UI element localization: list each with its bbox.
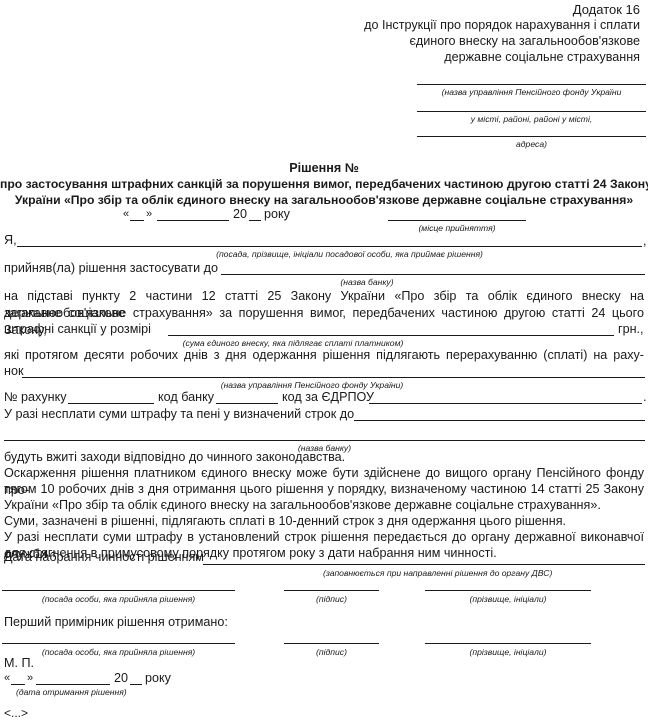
effective-date-caption: (заповнюється при направленні рішення до… <box>203 568 645 578</box>
receipt-date-caption: (дата отримання рішення) <box>16 687 127 697</box>
bank-name-field[interactable] <box>221 274 645 275</box>
receipt-close-quote: » <box>27 672 33 684</box>
receipt-day-field[interactable] <box>11 684 25 685</box>
name-field-2[interactable] <box>425 643 591 644</box>
addressee-caption-3: адреса) <box>417 139 646 149</box>
receipt-month-field[interactable] <box>36 684 110 685</box>
decided-label: прийняв(ла) рішення застосувати до <box>4 261 218 275</box>
open-quote: « <box>123 208 129 220</box>
close-quote: » <box>146 208 152 220</box>
year-field[interactable] <box>249 220 261 221</box>
account-label: № рахунку <box>4 390 67 404</box>
decision-heading: Рішення № <box>0 161 648 175</box>
position-caption-1: (посада особи, яка прийняла рішення) <box>2 594 235 604</box>
addressee-line-1[interactable] <box>417 84 646 85</box>
month-field[interactable] <box>157 220 229 221</box>
receipt-year-prefix: 20 <box>114 671 128 685</box>
pension-fund-field[interactable] <box>22 377 645 378</box>
name-field-1[interactable] <box>425 590 591 591</box>
appendix-number: Додаток 16 <box>573 2 640 17</box>
penalty-label: штрафні санкції у розмірі <box>4 322 151 336</box>
signature-caption-1: (підпис) <box>284 594 379 604</box>
addressee-caption-2: у місті, районі, районі у місті, <box>417 114 646 124</box>
name-caption-2: (прізвище, ініціали) <box>425 647 591 657</box>
effective-date-field[interactable] <box>203 564 645 565</box>
addressee-caption-1: (назва управління Пенсійного фонду Украї… <box>417 87 646 97</box>
signature-caption-2: (підпис) <box>284 647 379 657</box>
edrpou-field[interactable] <box>369 403 642 404</box>
nonpayment-bank-field-1[interactable] <box>354 420 645 421</box>
place-field[interactable] <box>388 220 526 221</box>
name-caption-1: (прізвище, ініціали) <box>425 594 591 604</box>
year-prefix: 20 <box>233 207 247 221</box>
receipt-year-suffix: року <box>145 671 171 685</box>
receipt-open-quote: « <box>4 672 10 684</box>
nonpayment-bank-field-2[interactable] <box>4 440 645 441</box>
ellipsis-marker: <...> <box>4 706 28 720</box>
place-caption: (місце прийняття) <box>388 223 526 233</box>
penalty-amount-field[interactable] <box>168 335 614 336</box>
appendix-line-2: єдиного внеску на загальнообов'язкове <box>409 34 640 48</box>
transfer-line-1: які протягом десяти робочих днів з дня о… <box>4 347 644 364</box>
transfer-line-2-label: нок <box>4 364 23 378</box>
i-label: Я, <box>4 233 17 247</box>
official-field[interactable] <box>17 246 642 247</box>
appendix-line-1: до Інструкції про порядок нарахування і … <box>364 18 640 32</box>
addressee-line-2[interactable] <box>417 111 646 112</box>
receipt-year-field[interactable] <box>130 684 142 685</box>
stamp-label: М. П. <box>4 656 34 670</box>
appendix-line-3: державне соціальне страхування <box>444 50 640 64</box>
appeal-line-3: України «Про збір та облік єдиного внеск… <box>4 497 644 514</box>
official-caption: (посада, прізвище, ініціали посадової ос… <box>17 249 642 259</box>
account-number-field[interactable] <box>68 403 154 404</box>
position-caption-2: (посада особи, яка прийняла рішення) <box>2 647 235 657</box>
account-period: . <box>643 390 647 404</box>
currency-label: грн., <box>618 322 644 336</box>
day-field[interactable] <box>130 220 144 221</box>
bank-caption: (назва банку) <box>221 277 513 287</box>
sums-text: Суми, зазначені в рішенні, підлягають сп… <box>4 513 644 530</box>
bank-code-field[interactable] <box>216 403 278 404</box>
decision-subtitle-2: України «Про збір та облік єдиного внеск… <box>0 193 648 207</box>
addressee-line-3[interactable] <box>417 136 646 137</box>
edrpou-label: код за ЄДРПОУ <box>282 390 374 404</box>
pension-fund-caption: (назва управління Пенсійного фонду Украї… <box>22 380 602 390</box>
nonpayment-label: У разі несплати суми штрафу та пені у ви… <box>4 407 354 421</box>
year-suffix: року <box>264 207 290 221</box>
decision-subtitle-1: про застосування штрафних санкцій за пор… <box>0 177 648 191</box>
position-field-2[interactable] <box>2 643 235 644</box>
i-comma: , <box>643 234 647 248</box>
signature-field-1[interactable] <box>284 590 379 591</box>
bank-code-label: код банку <box>158 390 214 404</box>
position-field-1[interactable] <box>2 590 235 591</box>
effective-date-label: Дата набрання чинності рішенням <box>4 550 204 564</box>
appeal-line-2: тягом 10 робочих днів з дня отримання ць… <box>4 481 644 498</box>
received-label: Перший примірник рішення отримано: <box>4 615 228 629</box>
measures-text: будуть вжиті заходи відповідно до чинног… <box>4 449 644 466</box>
signature-field-2[interactable] <box>284 643 379 644</box>
